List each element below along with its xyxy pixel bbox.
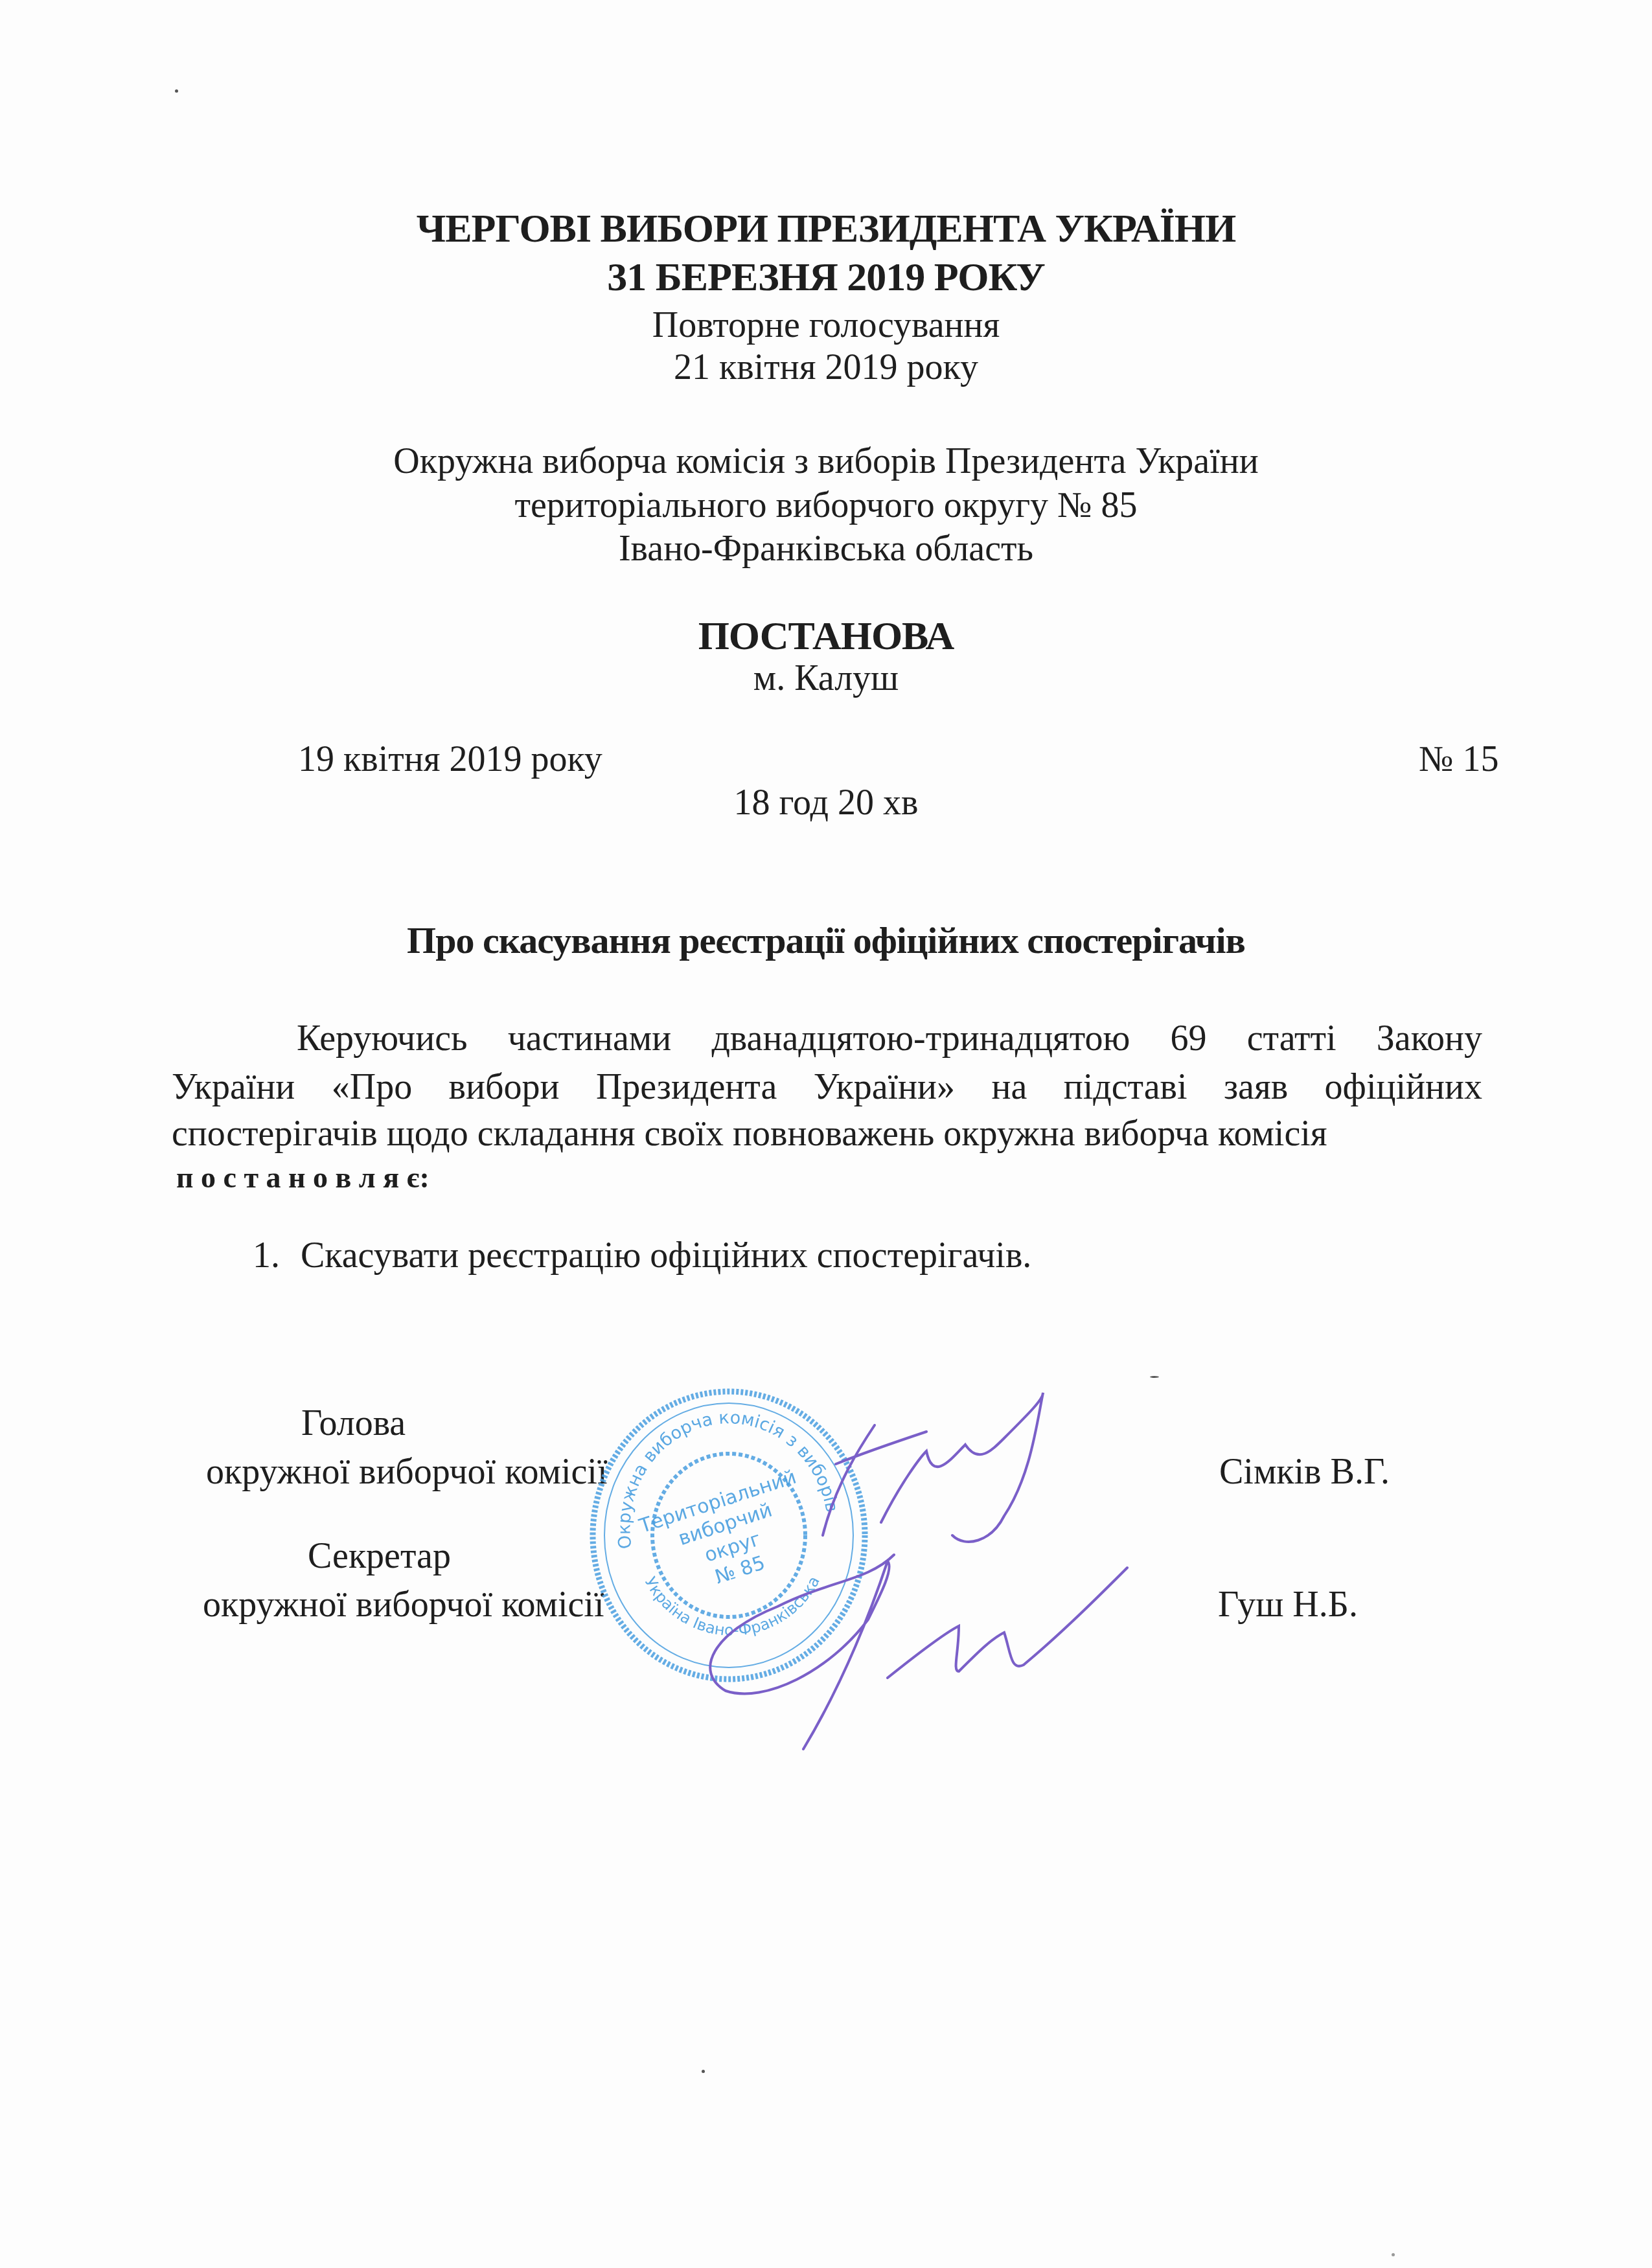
word: вибори xyxy=(449,1062,560,1112)
paragraph-line-2: України «Про вибори Президента України» … xyxy=(172,1062,1482,1112)
runoff-date: 21 квітня 2019 року xyxy=(0,347,1652,388)
word: України» xyxy=(814,1062,955,1112)
word: офіційних xyxy=(1325,1062,1482,1112)
item-text: Скасувати реєстрацію офіційних спостеріг… xyxy=(301,1235,1031,1276)
word: 69 xyxy=(1171,1014,1207,1063)
chair-signature xyxy=(797,1386,1069,1561)
word: статті xyxy=(1247,1014,1337,1063)
secretary-name: Гуш Н.Б. xyxy=(1218,1584,1358,1625)
secretary-role: Секретар xyxy=(308,1535,451,1577)
election-title-line1: ЧЕРГОВІ ВИБОРИ ПРЕЗИДЕНТА УКРАЇНИ xyxy=(0,206,1652,252)
decree-subject: Про скасування реєстрації офіційних спос… xyxy=(0,919,1652,962)
word: «Про xyxy=(332,1062,412,1112)
decree-title: ПОСТАНОВА xyxy=(0,613,1652,659)
word: дванадцятою-тринадцятою xyxy=(711,1014,1130,1063)
decree-number: № 15 xyxy=(1419,739,1498,780)
item-number: 1. xyxy=(253,1235,280,1276)
word: Закону xyxy=(1377,1014,1482,1063)
word: України xyxy=(172,1062,295,1112)
decree-time: 18 год 20 хв xyxy=(0,782,1652,823)
chair-role: Голова xyxy=(301,1403,406,1444)
runoff-label: Повторне голосування xyxy=(0,304,1652,346)
resolves-label: п о с т а н о в л я є: xyxy=(176,1153,430,1202)
commission-name: Окружна виборча комісія з виборів Презид… xyxy=(0,441,1652,482)
word: заяв xyxy=(1224,1062,1288,1112)
commission-district: територіального виборчого округу № 85 xyxy=(0,485,1652,526)
word: Президента xyxy=(596,1062,777,1112)
scan-speck xyxy=(1150,1376,1159,1378)
scan-speck xyxy=(702,2070,705,2073)
decree-date: 19 квітня 2019 року xyxy=(298,739,602,780)
scan-speck xyxy=(175,89,178,93)
commission-region: Івано-Франківська область xyxy=(0,528,1652,569)
chair-role-commission: окружної виборчої комісії xyxy=(206,1451,607,1493)
paragraph-line-1: Керуючись частинами дванадцятою-тринадця… xyxy=(297,1014,1482,1063)
word: частинами xyxy=(508,1014,672,1063)
secretary-role-commission: окружної виборчої комісії xyxy=(203,1584,604,1625)
election-title-line2: 31 БЕРЕЗНЯ 2019 РОКУ xyxy=(0,255,1652,301)
chair-name: Сімків В.Г. xyxy=(1219,1451,1390,1493)
decree-place: м. Калуш xyxy=(0,658,1652,699)
scan-speck xyxy=(1392,2253,1395,2256)
resolution-item: 1. Скасувати реєстрацію офіційних спосте… xyxy=(253,1231,1031,1280)
paragraph-line-3: спостерігачів щодо складання своїх повно… xyxy=(172,1109,1327,1158)
secretary-signature xyxy=(674,1542,1140,1756)
word: підставі xyxy=(1064,1062,1187,1112)
word: на xyxy=(991,1062,1027,1112)
word: Керуючись xyxy=(297,1014,468,1063)
